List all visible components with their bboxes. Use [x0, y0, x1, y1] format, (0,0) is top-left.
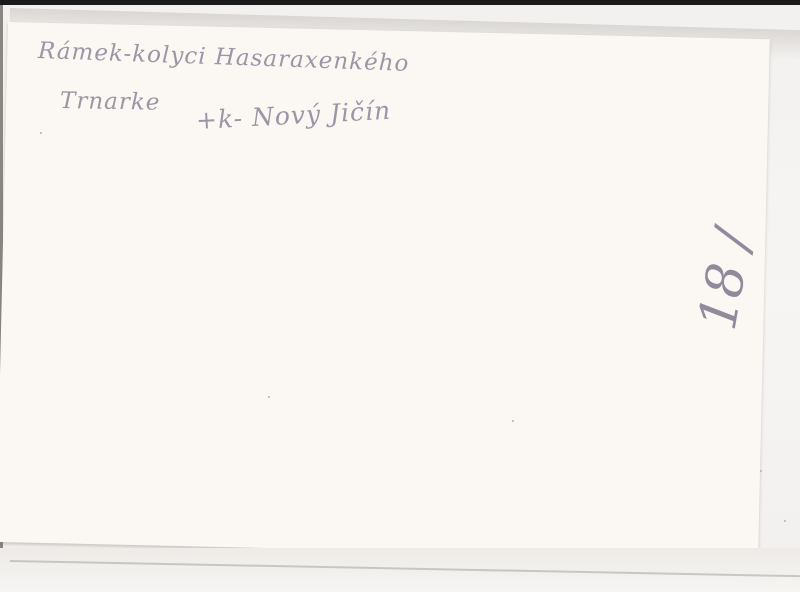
paper-speck: [760, 470, 762, 472]
inscription-line-2: Trnarke: [60, 88, 161, 116]
album-bottom-strip: [0, 548, 800, 592]
paper-speck: [512, 420, 514, 422]
paper-speck: [268, 396, 270, 398]
paper-speck: [40, 132, 42, 134]
paper-speck: [784, 520, 786, 522]
